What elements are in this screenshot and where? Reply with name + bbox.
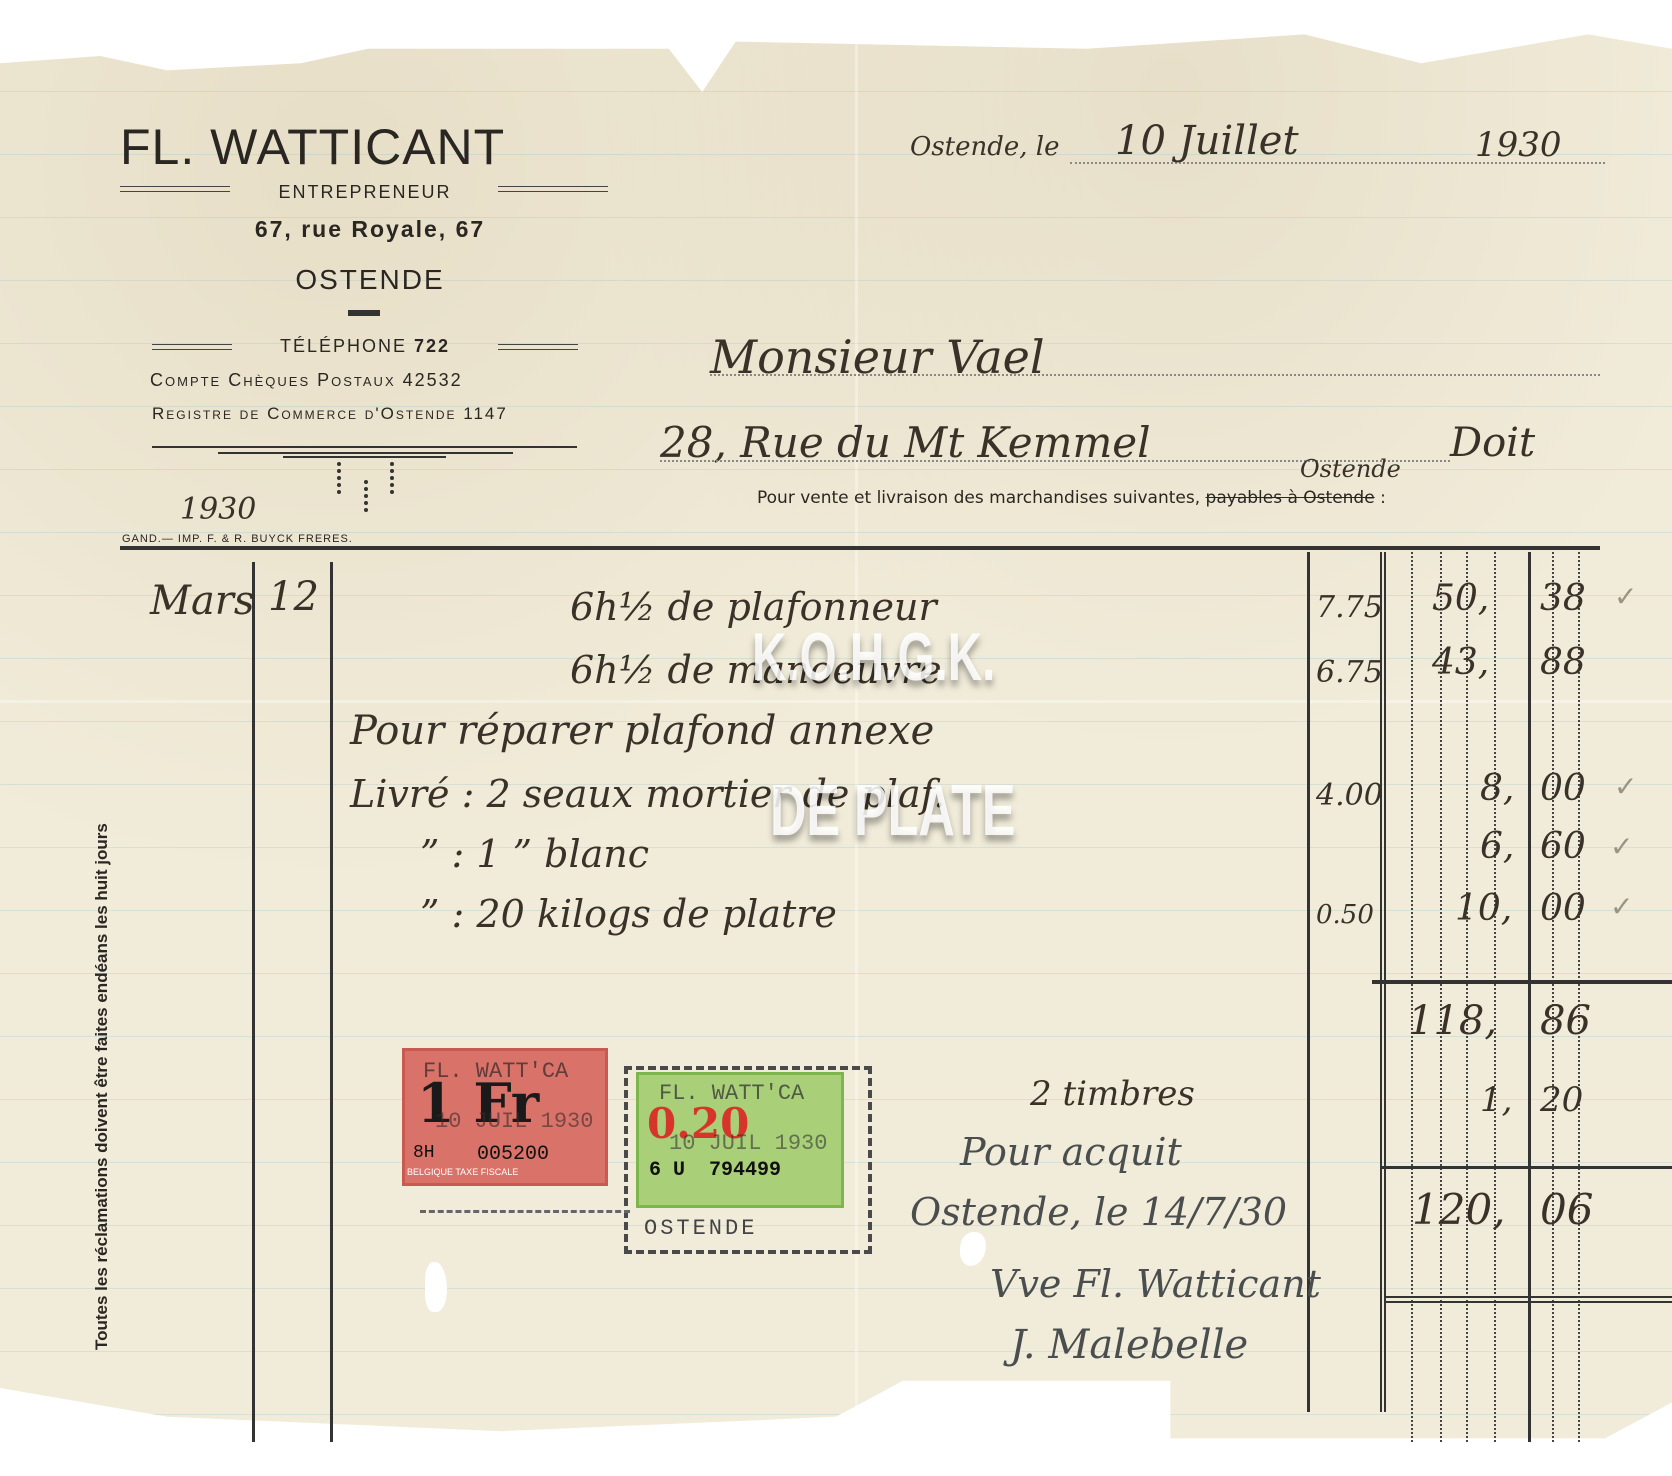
row-amount-dec: 88 [1540, 642, 1586, 683]
stamps-line: 2 timbres [1030, 1074, 1195, 1114]
terms-prefix: Pour vente et livraison des marchandises… [757, 488, 1200, 508]
company-name: FL. WATTICANT [120, 118, 505, 176]
row-unit-price: 7.75 [1316, 590, 1383, 625]
postal-account: Compte Chèques Postaux 42532 [150, 370, 590, 391]
decor-rule [218, 452, 513, 454]
check-mark-icon: ✓ [1614, 580, 1637, 613]
row-amount-dec: 00 [1540, 888, 1586, 929]
row-description: Pour réparer plafond annexe [350, 708, 934, 754]
company-address: 67, rue Royale, 67 [180, 216, 560, 243]
row-amount-dec: 00 [1540, 768, 1586, 809]
column-divider [1528, 552, 1531, 1442]
terms-text: Pour vente et livraison des marchandises… [757, 488, 1386, 508]
invoice-date: 10 Juillet [1115, 118, 1299, 164]
stamp-cancel: FL. WATT'CA [423, 1059, 568, 1084]
column-guide [1552, 552, 1554, 1442]
subtotal-dec: 86 [1540, 998, 1591, 1044]
recipient-line [710, 374, 1600, 376]
row-amount-int: 10, [1455, 888, 1512, 929]
row-amount-int: 50, [1432, 578, 1489, 619]
row-unit-price: 6.75 [1316, 655, 1383, 690]
postmark-city: OSTENDE [644, 1216, 757, 1241]
check-mark-icon: ✓ [1614, 770, 1637, 803]
final-rule [1385, 1296, 1672, 1298]
watermark-line1: K.O.H.G.K. [752, 618, 995, 696]
row-amount-int: 6, [1480, 826, 1514, 867]
column-guide [1494, 552, 1496, 1442]
check-mark-icon: ✓ [1610, 830, 1633, 863]
decor-rule [498, 186, 608, 192]
entry-month: Mars [150, 578, 254, 624]
telephone-label: TÉLÉPHONE [280, 336, 407, 356]
handwritten-year: 1930 [180, 492, 256, 527]
column-guide [1578, 552, 1580, 1442]
decor-rule [152, 344, 232, 350]
column-guide [1466, 552, 1468, 1442]
decor-dots [390, 462, 394, 494]
side-note: Toutes les réclamations doivent être fai… [92, 650, 112, 1350]
invoice-year: 1930 [1475, 125, 1562, 165]
paper-fold [0, 700, 1672, 703]
column-guide [1411, 552, 1413, 1442]
doit-label: Doit [1450, 420, 1535, 466]
terms-struck: payables à Ostende [1206, 488, 1375, 508]
column-divider [330, 562, 333, 1442]
row-amount-int: 43, [1432, 642, 1489, 683]
decor-rule [152, 446, 577, 448]
printer-credit: GAND.— IMP. F. & R. BUYCK FRERES. [122, 533, 353, 545]
signature-malebelle: J. Malebelle [1010, 1322, 1248, 1368]
stamp-footer: BELGIQUE TAXE FISCALE [407, 1167, 518, 1177]
stamp-serial: 005200 [477, 1143, 549, 1166]
stamp-serial-prefix: 8H [413, 1143, 435, 1163]
row-amount-int: 8, [1480, 768, 1514, 809]
telephone: TÉLÉPHONE 722 [240, 336, 490, 357]
row-amount-dec: 60 [1540, 826, 1586, 867]
decor-bar [348, 310, 380, 316]
row-amount-dec: 38 [1540, 578, 1586, 619]
decor-rule [120, 186, 230, 192]
revenue-stamp-1fr: 1 Fr FL. WATT'CA 10 JUIL 1930 8H 005200 … [402, 1048, 608, 1186]
subtotal-int: 118, [1408, 998, 1497, 1044]
company-city: OSTENDE [180, 264, 560, 296]
city-correction: Ostende [1300, 455, 1401, 483]
decor-dots [364, 480, 368, 512]
entry-day: 12 [268, 574, 319, 620]
column-guide [1440, 552, 1442, 1442]
signature-watticant: Vve Fl. Watticant [990, 1262, 1321, 1306]
column-divider [252, 562, 255, 1442]
stamps-amount-int: 1, [1480, 1080, 1512, 1120]
row-description: ” : 1 ” blanc [420, 832, 649, 876]
stamp-date: 10 JUIL 1930 [435, 1109, 593, 1134]
row-unit-price: 4.00 [1316, 778, 1383, 813]
commerce-register: Registre de Commerce d'Ostende 1147 [152, 404, 592, 424]
receipt-date: Ostende, le 14/7/30 [910, 1190, 1287, 1234]
profession: ENTREPRENEUR [240, 182, 490, 203]
decor-rule [498, 344, 578, 350]
stamps-amount-dec: 20 [1540, 1080, 1583, 1120]
postmark-line [420, 1210, 630, 1213]
telephone-number: 722 [414, 336, 450, 356]
table-top-rule [120, 546, 1600, 550]
subtotal-rule [1372, 980, 1672, 984]
receipt-acquit: Pour acquit [960, 1130, 1182, 1174]
date-prefix: Ostende, le [910, 132, 1060, 162]
row-unit-price: 0.50 [1316, 900, 1374, 930]
total-dec: 06 [1540, 1185, 1593, 1234]
total-rule [1380, 1166, 1672, 1169]
final-rule [1385, 1301, 1672, 1303]
row-description: ” : 20 kilogs de platre [420, 892, 837, 936]
watermark-line2: DE PLATE [770, 770, 1015, 852]
check-mark-icon: ✓ [1610, 890, 1633, 923]
postmark-frame: OSTENDE [624, 1066, 872, 1254]
decor-rule [283, 456, 446, 458]
terms-suffix: : [1380, 488, 1386, 508]
total-int: 120, [1412, 1185, 1506, 1234]
paper-hole [425, 1262, 447, 1312]
decor-dots [337, 462, 341, 494]
